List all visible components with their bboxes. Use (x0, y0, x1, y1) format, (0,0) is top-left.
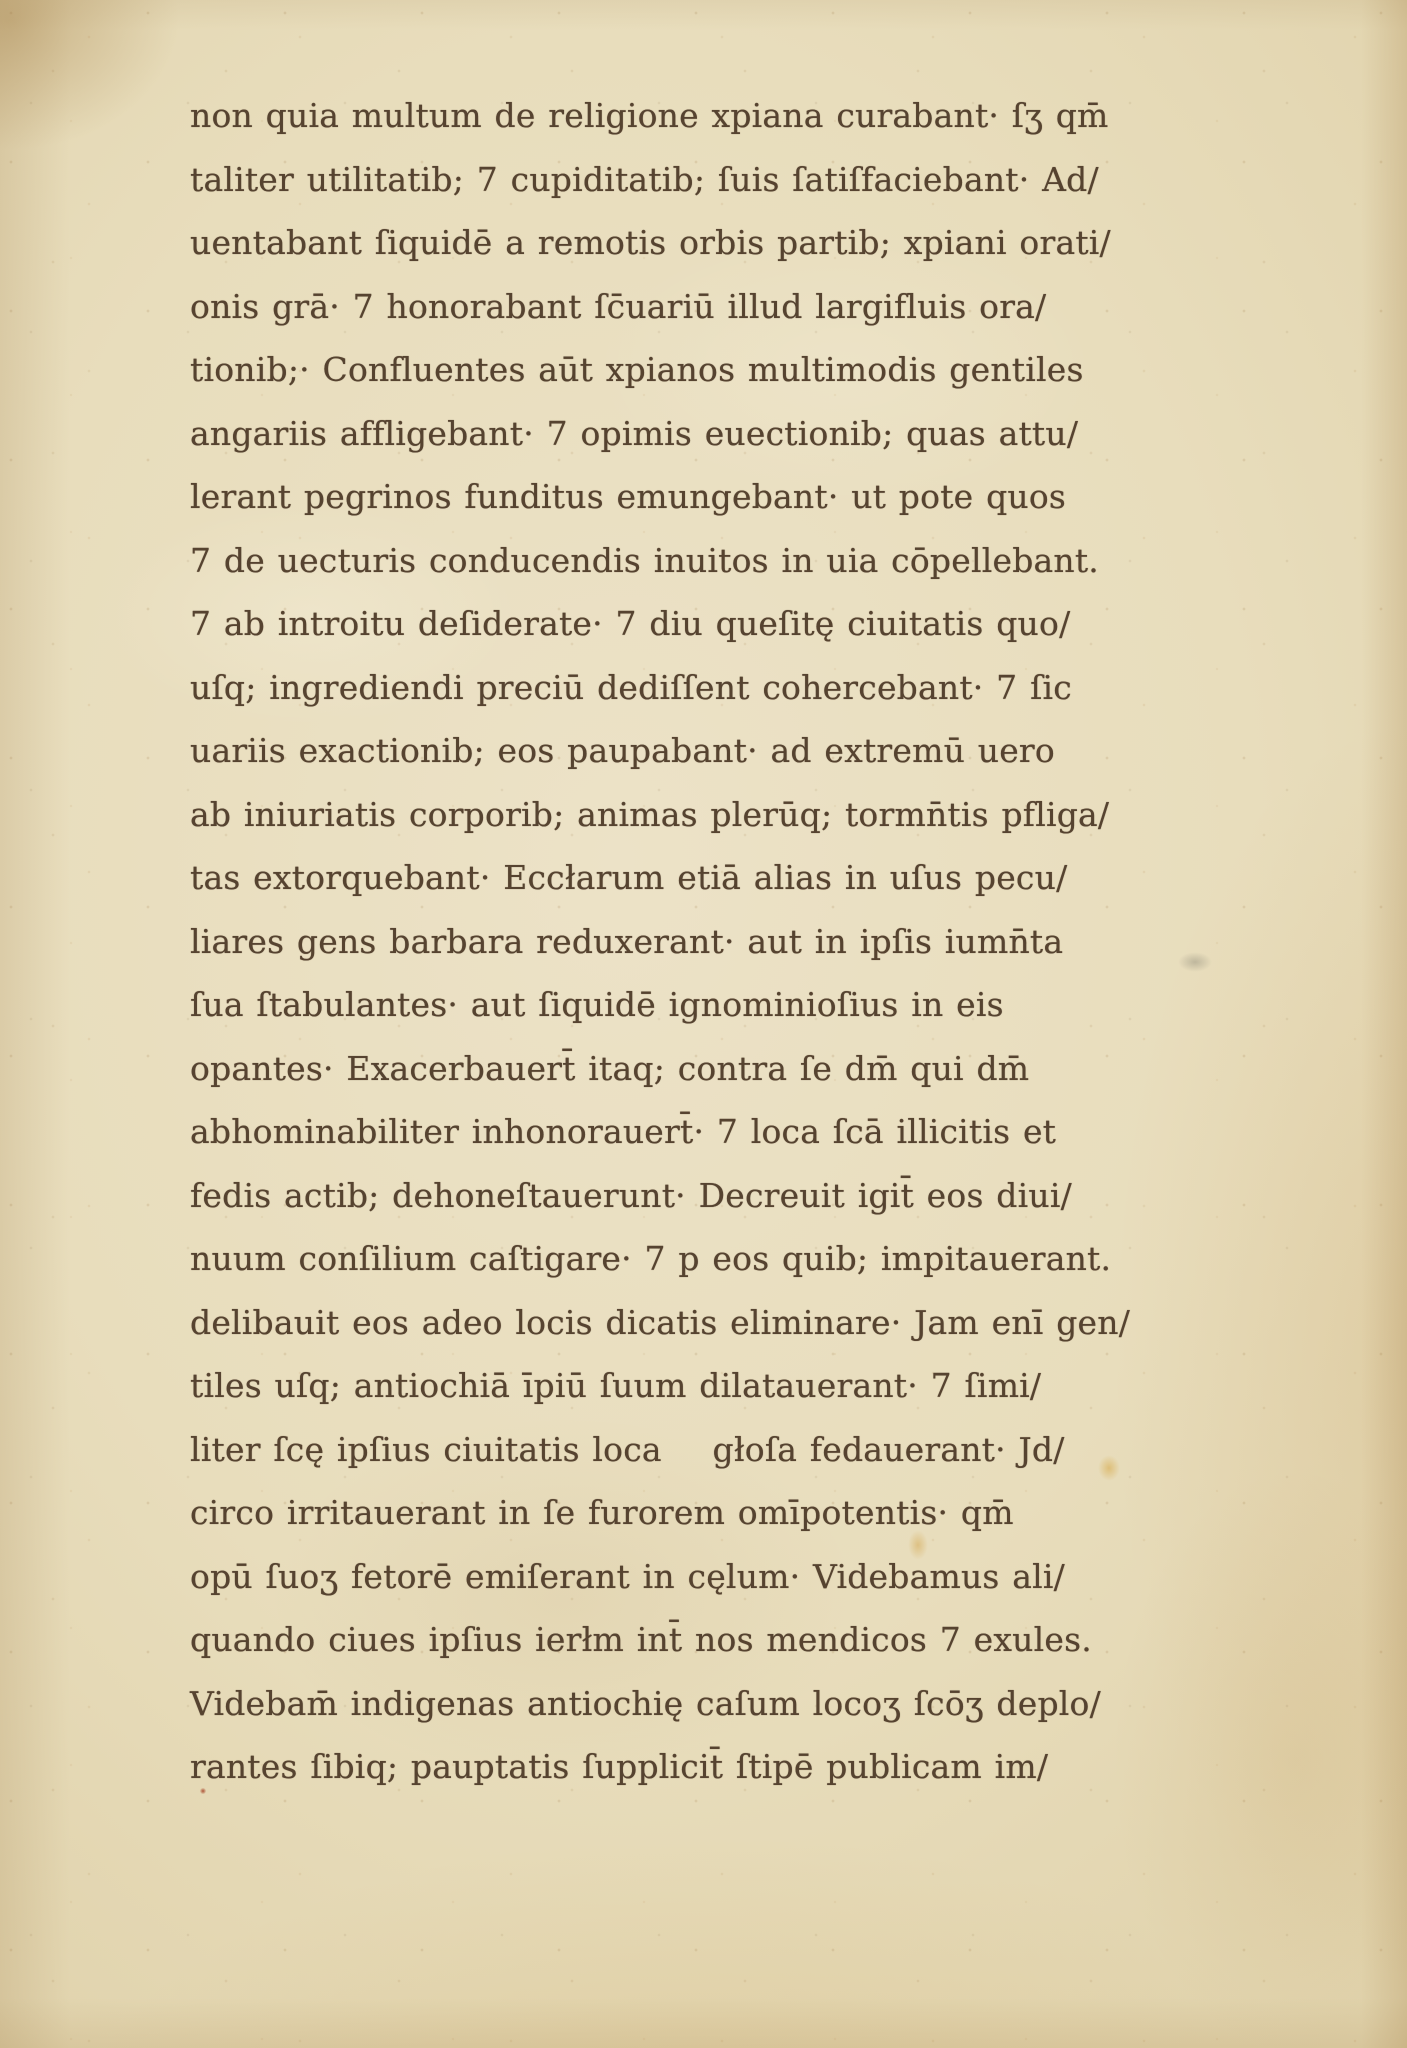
text-line: ſua ſtabulantes· aut ſiquidē ignominioſi… (190, 973, 1050, 1037)
text-line: tiles uſq; antiochiā īpiū ſuum dilatauer… (190, 1354, 1050, 1418)
text-line: onis grā· 7 honorabant ſc̄uariū illud la… (190, 275, 1050, 339)
text-line: liares gens barbara reduxerant· aut in i… (190, 910, 1050, 974)
text-line: 7 de uecturis conducendis inuitos in uia… (190, 529, 1050, 593)
text-line: 7 ab introitu deſiderate· 7 diu queſitę … (190, 592, 1050, 656)
text-line: taliter utilitatib; 7 cupiditatib; ſuis … (190, 148, 1050, 212)
text-line: opantes· Exacerbauert̄ itaq; contra ſe d… (190, 1037, 1050, 1101)
text-line: liter ſcę ipſius ciuitatis loca głoſa fe… (190, 1418, 1050, 1482)
text-line: uentabant ſiquidē a remotis orbis partib… (190, 211, 1050, 275)
text-line: circo irritauerant in ſe furorem omīpote… (190, 1481, 1050, 1545)
text-line: rantes ſibiq; pauptatis ſupplicit̄ ſtipē… (190, 1735, 1050, 1799)
text-line: angariis affligebant· 7 opimis euectioni… (190, 402, 1050, 466)
stain (1178, 952, 1212, 972)
text-line: delibauit eos adeo locis dicatis elimina… (190, 1291, 1050, 1355)
text-line: nuum conſilium caſtigare· 7 p eos quib; … (190, 1227, 1050, 1291)
text-line: tionib;· Confluentes aūt xpianos multimo… (190, 338, 1050, 402)
text-line: tas extorquebant· Eccłarum etiā alias in… (190, 846, 1050, 910)
manuscript-page: non quia multum de religione xpiana cura… (0, 0, 1407, 2048)
stain (1098, 1455, 1120, 1481)
text-line: Videbam̄ indigenas antiochię caſum locoʒ… (190, 1672, 1050, 1736)
text-line: quando ciues ipſius ierłm int̄ nos mendi… (190, 1608, 1050, 1672)
text-line: non quia multum de religione xpiana cura… (190, 84, 1050, 148)
text-line: uſq; ingrediendi preciū dediſſent coherc… (190, 656, 1050, 720)
text-block: non quia multum de religione xpiana cura… (190, 84, 1050, 1799)
text-line: abhominabiliter inhonorauert̄· 7 loca ſc… (190, 1100, 1050, 1164)
text-line: lerant pegrinos funditus emungebant· ut … (190, 465, 1050, 529)
text-line: fedis actib; dehoneſtauerunt· Decreuit i… (190, 1164, 1050, 1228)
text-line: ab iniuriatis corporib; animas plerūq; t… (190, 783, 1050, 847)
text-line: uariis exactionib; eos paupabant· ad ext… (190, 719, 1050, 783)
text-line: opū ſuoʒ fetorē emiſerant in cęlum· Vide… (190, 1545, 1050, 1609)
